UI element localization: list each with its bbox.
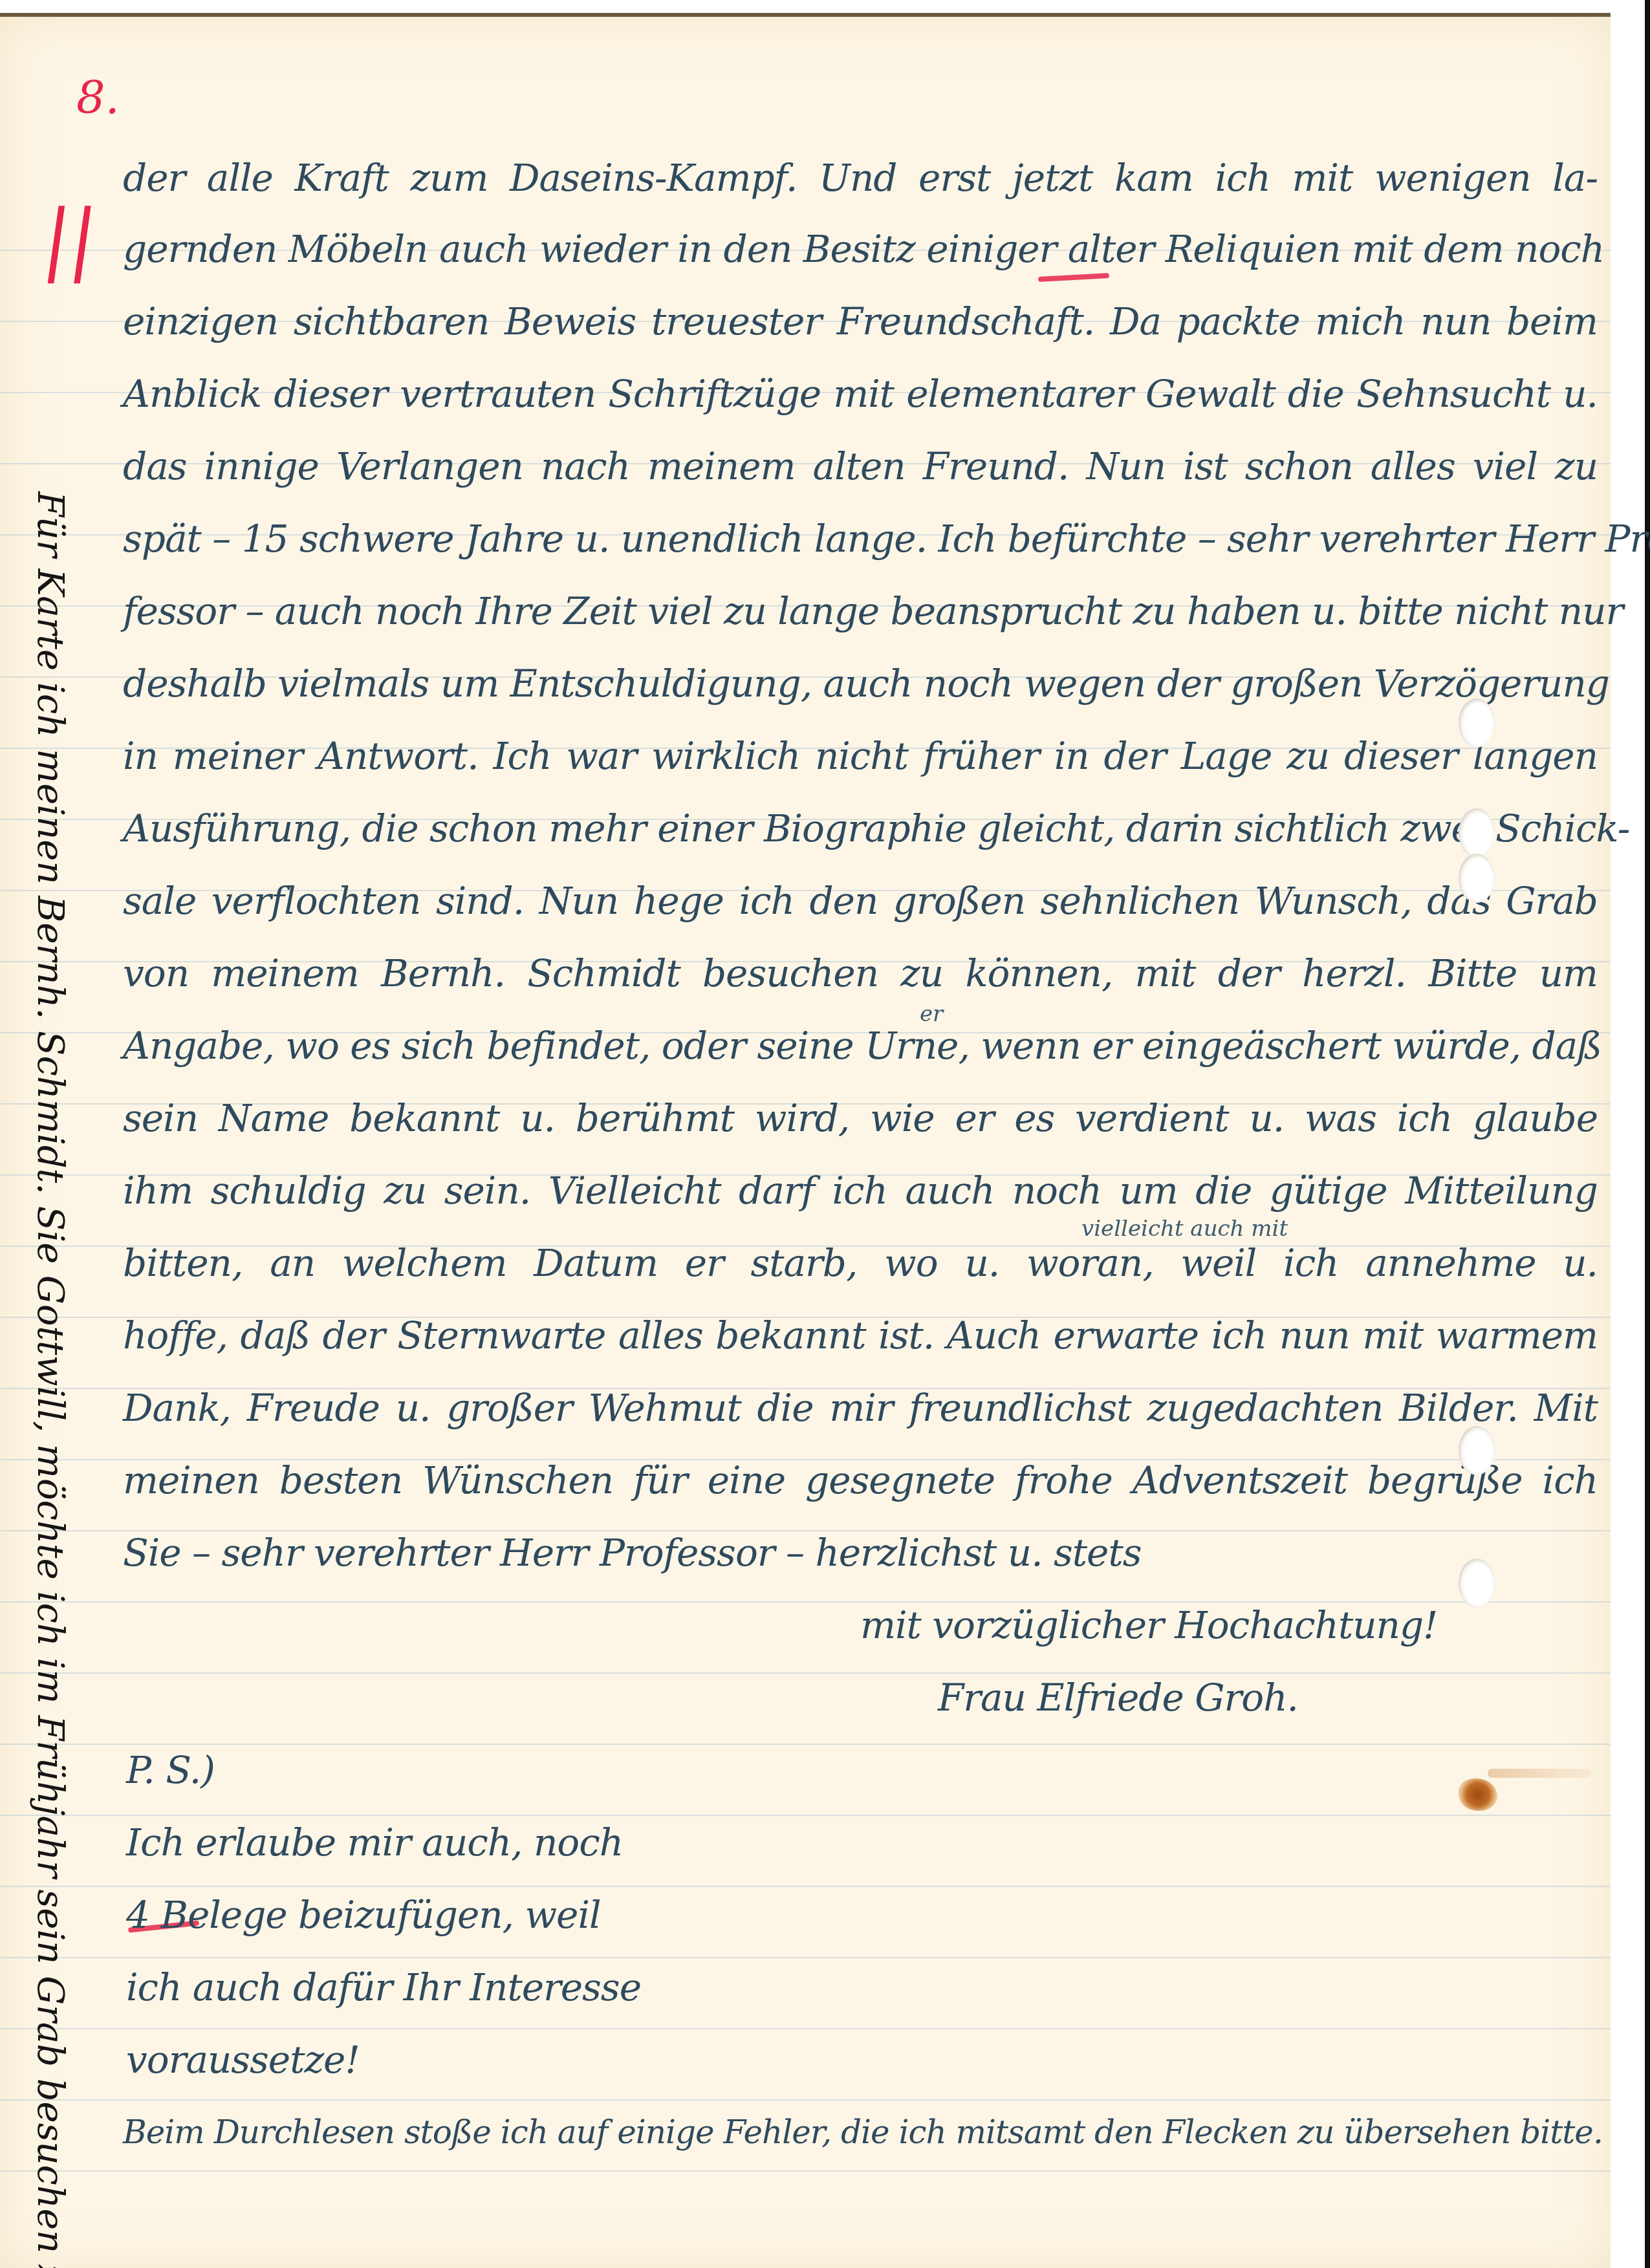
- punch-hole: [1459, 808, 1495, 858]
- postscript-line-4: voraussetze!: [126, 2037, 360, 2082]
- postscript-line-1: Ich erlaube mir auch, noch: [126, 1820, 623, 1865]
- punch-hole: [1459, 698, 1495, 748]
- insert-er: er: [920, 1001, 943, 1027]
- page-number: 8.: [76, 71, 120, 124]
- letter-line-13: Angabe, wo es sich befindet, oder seine …: [123, 1023, 1598, 1068]
- punch-hole: [1459, 854, 1495, 903]
- postscript-line-3: ich auch dafür Ihr Interesse: [126, 1965, 641, 2010]
- ruled-line: [0, 2170, 1611, 2172]
- letter-line-9: in meiner Antwort. Ich war wirklich nich…: [123, 733, 1598, 779]
- letter-line-2-text: gernden Möbeln auch wieder in den Besitz…: [123, 227, 1604, 271]
- letter-line-14: sein Name bekannt u. berühmt wird, wie e…: [123, 1096, 1598, 1141]
- postscript-final-line: Beim Durchlesen stoße ich auf einige Feh…: [123, 2110, 1598, 2155]
- ruled-line: [0, 2099, 1611, 2101]
- letter-line-16: bitten, an welchem Datum er starb, wo u.…: [123, 1240, 1598, 1286]
- insert-vielleicht-auch-mit: vielleicht auch mit: [1081, 1216, 1288, 1242]
- letter-line-20: Sie – sehr verehrter Herr Professor – he…: [123, 1530, 1142, 1575]
- letter-line-4: Anblick dieser vertrauten Schriftzüge mi…: [123, 371, 1598, 416]
- letter-line-3: einzigen sichtbaren Beweis treuester Fre…: [123, 299, 1598, 344]
- signature: Frau Elfriede Groh.: [938, 1675, 1298, 1720]
- vertical-margin-note: Für Karte ich meinen Bernh. Schmidt. Sie…: [14, 491, 85, 2268]
- letter-line-11: sale verflochten sind. Nun hege ich den …: [123, 878, 1598, 923]
- letter-line-19: meinen besten Wünschen für eine gesegnet…: [123, 1458, 1598, 1503]
- letter-line-5: das innige Verlangen nach meinem alten F…: [123, 444, 1598, 489]
- scan-edge-bar: [1645, 0, 1650, 2268]
- punch-hole: [1459, 1559, 1495, 1608]
- letter-line-15: ihm schuldig zu sein. Vielleicht darf ic…: [123, 1168, 1598, 1213]
- ruled-line: [0, 1886, 1611, 1887]
- letter-line-6: spät – 15 schwere Jahre u. unendlich lan…: [123, 516, 1598, 561]
- letter-line-10: Ausführung, die schon mehr einer Biograp…: [123, 806, 1598, 851]
- letter-line-1: der alle Kraft zum Daseins-Kampf. Und er…: [123, 155, 1598, 200]
- ruled-line: [0, 1815, 1611, 1816]
- letter-line-7: fessor – auch noch Ihre Zeit viel zu lan…: [123, 589, 1598, 634]
- rust-stain-trail: [1488, 1769, 1591, 1778]
- punch-hole: [1459, 1426, 1495, 1475]
- ruled-line: [0, 1672, 1611, 1674]
- closing-phrase: mit vorzüglicher Hochachtung!: [860, 1603, 1437, 1648]
- ruled-line: [0, 2028, 1611, 2029]
- scan-margin: [1611, 0, 1650, 2268]
- letter-line-2: gernden Möbeln auch wieder in den Besitz…: [123, 226, 1598, 272]
- postscript-line-2: 4 Belege beizufügen, weil: [126, 1892, 601, 1938]
- letter-line-18: Dank, Freude u. großer Wehmut die mir fr…: [123, 1385, 1598, 1431]
- letter-line-8: deshalb vielmals um Entschuldigung, auch…: [123, 661, 1598, 706]
- postscript-label: P. S.): [126, 1747, 215, 1793]
- ruled-line: [0, 1744, 1611, 1745]
- ruled-line: [0, 1957, 1611, 1958]
- letter-line-17: hoffe, daß der Sternwarte alles bekannt …: [123, 1313, 1598, 1358]
- letter-line-12: von meinem Bernh. Schmidt besuchen zu kö…: [123, 951, 1598, 996]
